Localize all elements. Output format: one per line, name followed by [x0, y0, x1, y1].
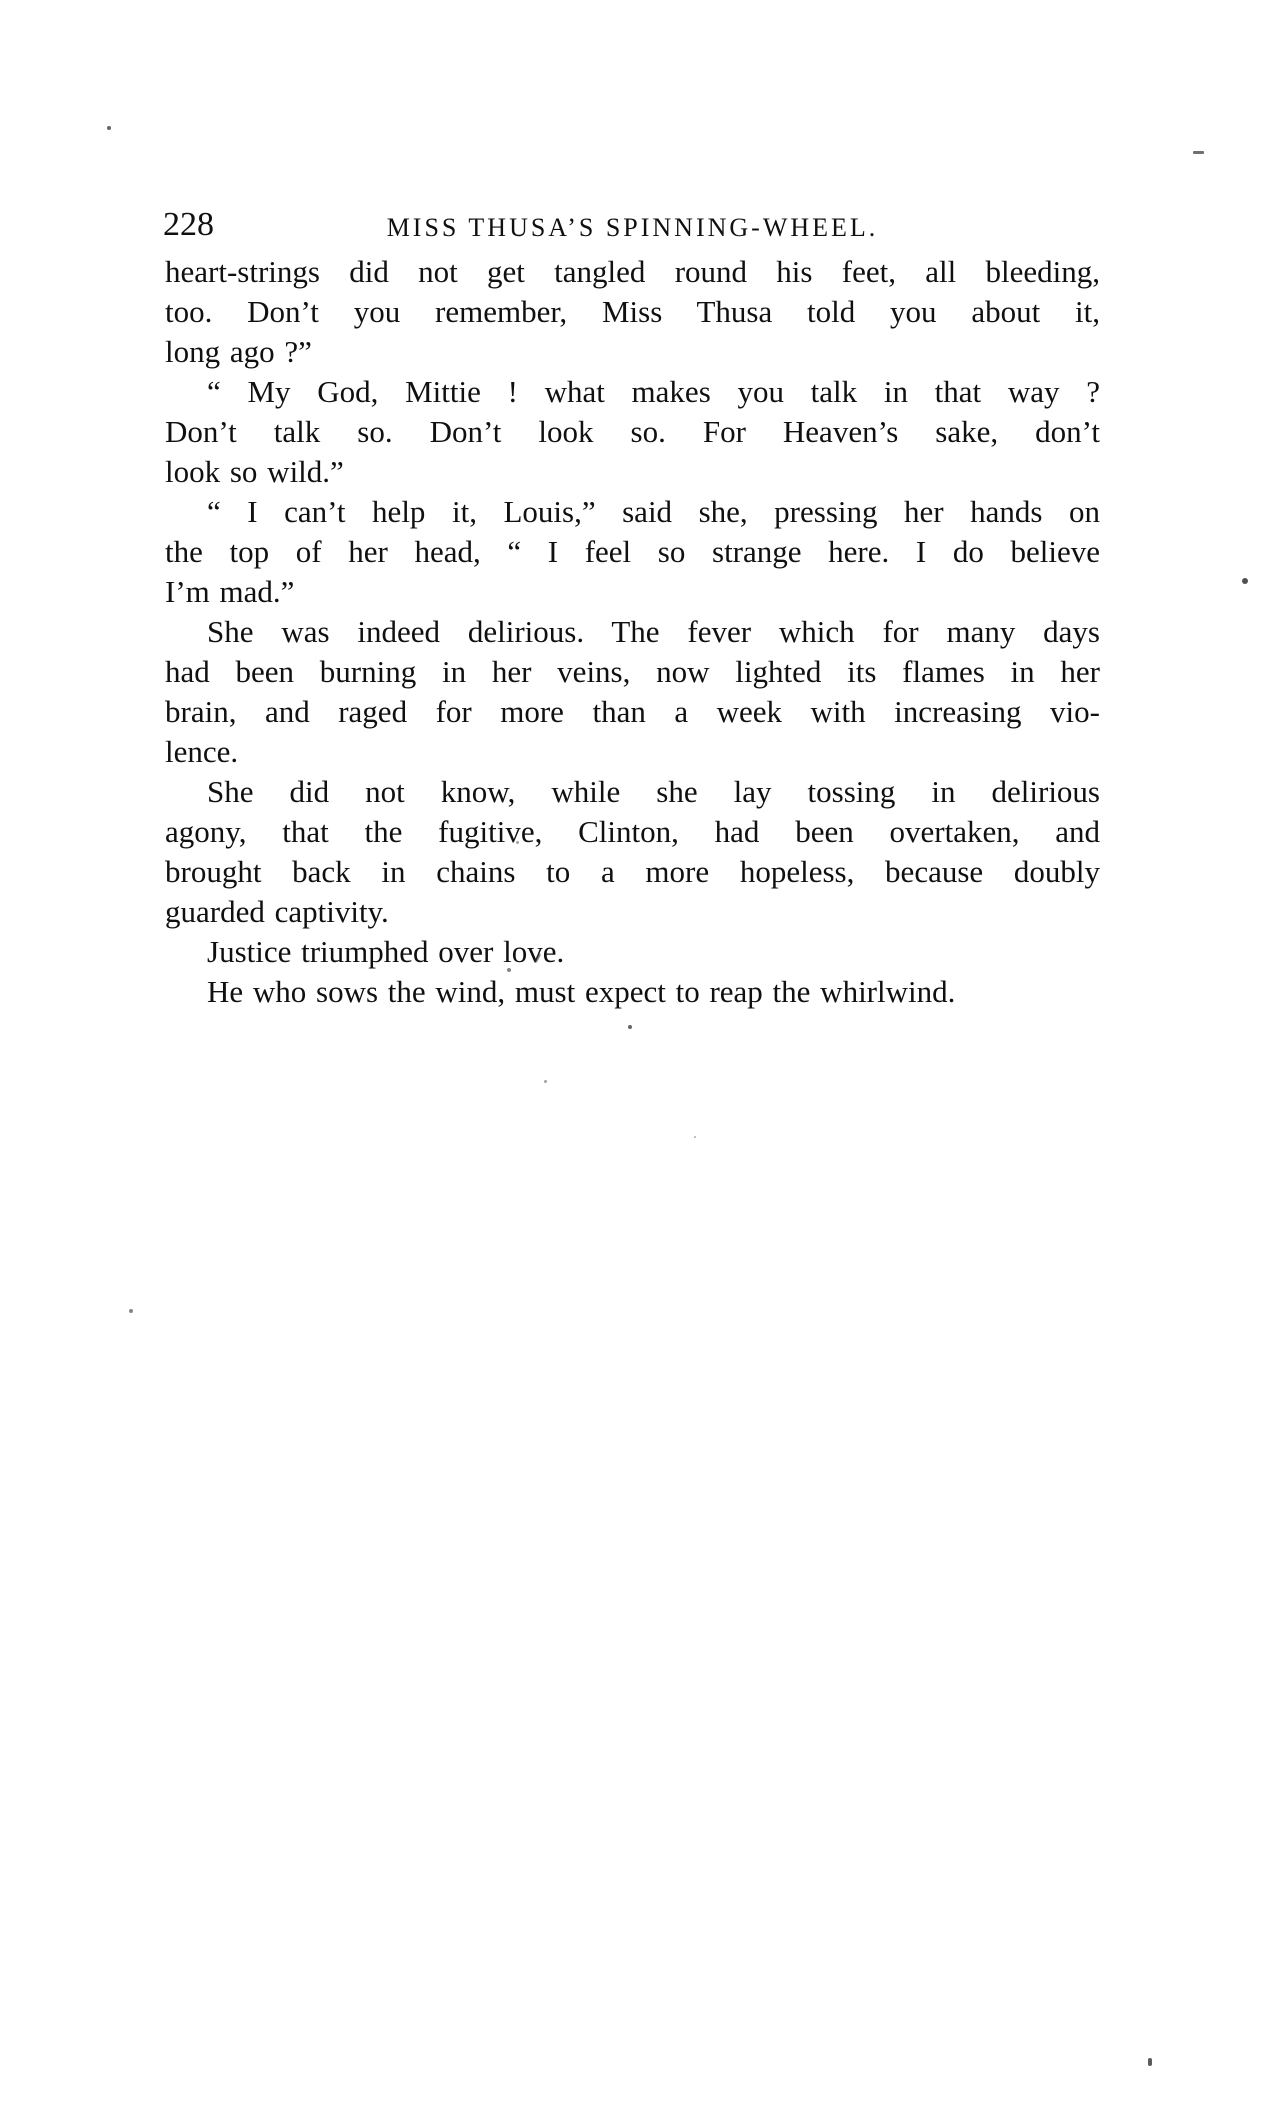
- text-line: brought back in chains to a more hopeles…: [165, 852, 1100, 892]
- text-line: brain, and raged for more than a week wi…: [165, 692, 1100, 732]
- text-line: Don’t talk so. Don’t look so. For Heaven…: [165, 412, 1100, 452]
- book-page: 228 MISS THUSA’S SPINNING-WHEEL. heart-s…: [0, 0, 1270, 2114]
- text-line: lence.: [165, 732, 1100, 772]
- text-line: look so wild.”: [165, 452, 1100, 492]
- text-line: heart-strings did not get tangled round …: [165, 252, 1100, 292]
- scan-speck: [694, 1136, 696, 1138]
- scan-speck: [544, 1080, 547, 1083]
- text-line: She was indeed delirious. The fever whic…: [165, 612, 1100, 652]
- scan-speck: [129, 1309, 133, 1313]
- scan-speck: [1193, 151, 1204, 154]
- text-line: “ I can’t help it, Louis,” said she, pre…: [165, 492, 1100, 532]
- text-line: She did not know, while she lay tossing …: [165, 772, 1100, 812]
- text-line: had been burning in her veins, now light…: [165, 652, 1100, 692]
- scan-speck: [507, 968, 511, 972]
- text-line: I’m mad.”: [165, 572, 1100, 612]
- scan-speck: [516, 841, 519, 844]
- text-line: agony, that the fugitive, Clinton, had b…: [165, 812, 1100, 852]
- scan-speck: [107, 126, 111, 130]
- text-line: guarded captivity.: [165, 892, 1100, 932]
- text-line: He who sows the wind, must expect to rea…: [165, 972, 1100, 1012]
- running-header: MISS THUSA’S SPINNING-WHEEL.: [165, 212, 1100, 244]
- text-line: Justice triumphed over love.: [165, 932, 1100, 972]
- text-line: too. Don’t you remember, Miss Thusa told…: [165, 292, 1100, 332]
- scan-speck: [628, 1025, 632, 1029]
- scan-speck: [1242, 578, 1248, 584]
- text-line: long ago ?”: [165, 332, 1100, 372]
- body-text: heart-strings did not get tangled round …: [165, 252, 1100, 1012]
- text-line: “ My God, Mittie ! what makes you talk i…: [165, 372, 1100, 412]
- scan-speck: [1148, 2058, 1152, 2066]
- text-line: the top of her head, “ I feel so strange…: [165, 532, 1100, 572]
